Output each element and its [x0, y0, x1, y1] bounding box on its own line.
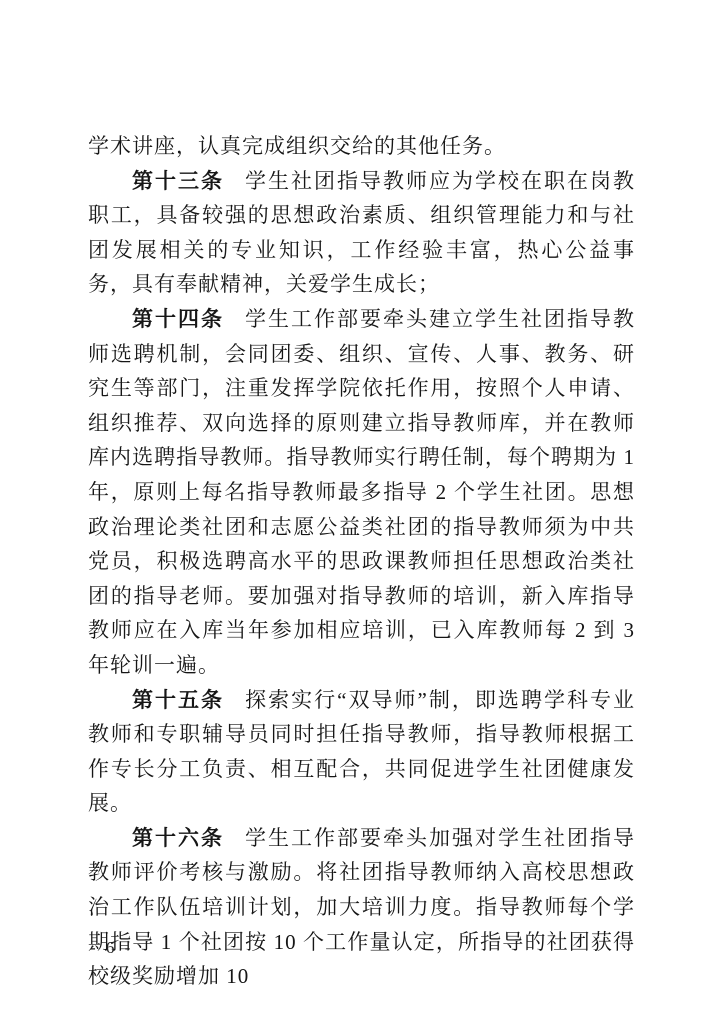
article-16-number: 第十六条 — [132, 826, 224, 850]
paragraph-text: 学术讲座，认真完成组织交给的其他任务。 — [88, 134, 506, 158]
paragraph-continuation: 学术讲座，认真完成组织交给的其他任务。 — [88, 129, 635, 164]
article-16-text: 学生工作部要牵头加强对学生社团指导教师评价考核与激励。将社团指导教师纳入高校思想… — [88, 826, 635, 988]
article-14-text: 学生工作部要牵头建立学生社团指导教师选聘机制，会同团委、组织、宣传、人事、教务、… — [88, 307, 635, 677]
paragraph-article-13: 第十三条学生社团指导教师应为学校在职在岗教职工，具备较强的思想政治素质、组织管理… — [88, 164, 635, 302]
paragraph-article-16: 第十六条学生工作部要牵头加强对学生社团指导教师评价考核与激励。将社团指导教师纳入… — [88, 821, 635, 994]
paragraph-article-15: 第十五条探索实行“双导师”制，即选聘学科专业教师和专职辅导员同时担任指导教师，指… — [88, 683, 635, 821]
page-number: - 6 - — [90, 938, 133, 958]
article-13-number: 第十三条 — [132, 169, 224, 193]
article-14-number: 第十四条 — [132, 307, 224, 331]
document-body: 学术讲座，认真完成组织交给的其他任务。 第十三条学生社团指导教师应为学校在职在岗… — [88, 129, 635, 994]
document-page: 学术讲座，认真完成组织交给的其他任务。 第十三条学生社团指导教师应为学校在职在岗… — [0, 0, 720, 1018]
article-15-number: 第十五条 — [132, 688, 224, 712]
paragraph-article-14: 第十四条学生工作部要牵头建立学生社团指导教师选聘机制，会同团委、组织、宣传、人事… — [88, 302, 635, 683]
